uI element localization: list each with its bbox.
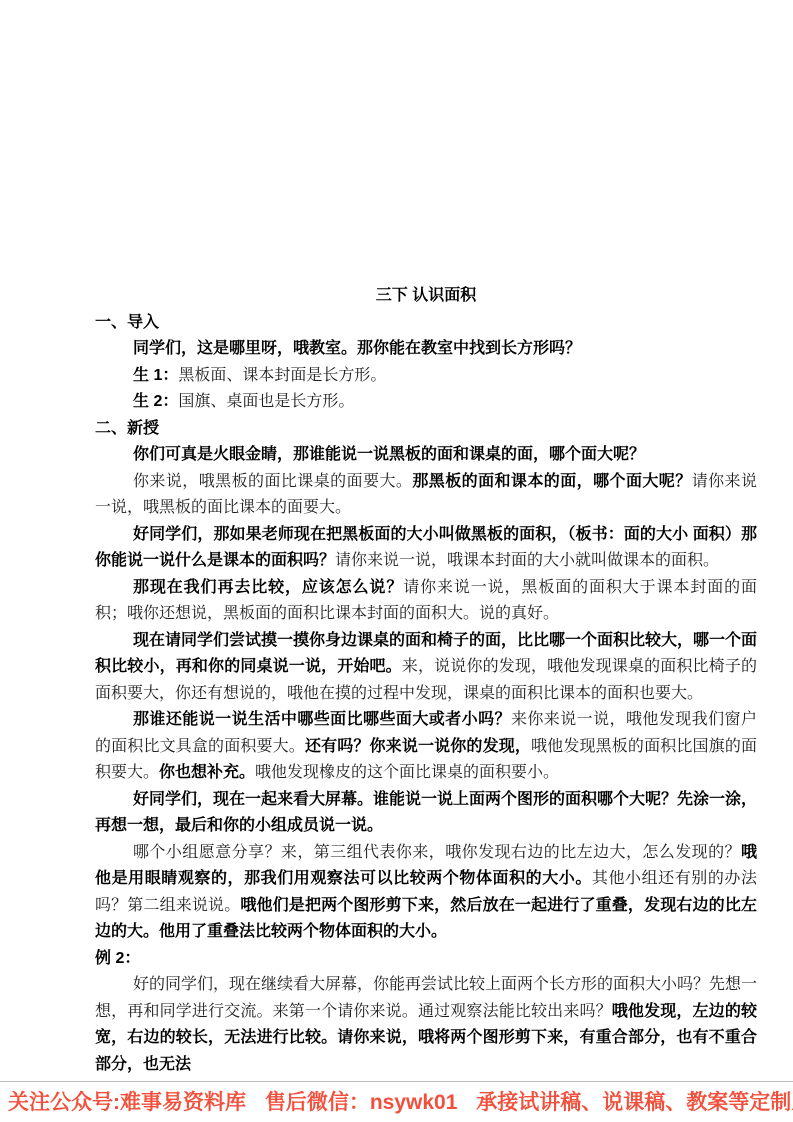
paragraph: 生 1：黑板面、课本封面是长方形。 [95, 363, 757, 390]
student-response-run: 哦他发现橡皮的这个面比课桌的面积要小。 [255, 764, 559, 781]
student-response-run: 黑板面、课本封面是长方形。 [178, 367, 386, 384]
teacher-speech-run: 生 1： [133, 367, 178, 384]
teacher-speech-run: 还有吗？你来说一说你的发现， [305, 738, 531, 755]
document-page: 三下 认识面积 一、导入同学们，这是哪里呀，哦教室。那你能在教室中找到长方形吗？… [0, 0, 793, 1122]
paragraph: 好同学们，现在一起来看大屏幕。谁能说一说上面两个图形的面积哪个大呢？先涂一涂，再… [95, 787, 757, 840]
student-response-run: 国旗、桌面也是长方形。 [178, 393, 354, 410]
student-response-run: 你来说，哦黑板的面比课桌的面要大。 [133, 473, 412, 490]
teacher-speech-run: 例 2： [95, 950, 140, 967]
teacher-speech-run: 那现在我们再去比较，应该怎么说？ [133, 579, 403, 596]
teacher-speech-run: 你们可真是火眼金睛，那谁能说一说黑板的面和课桌的面，哪个面大呢？ [133, 446, 645, 463]
paragraph-list: 一、导入同学们，这是哪里呀，哦教室。那你能在教室中找到长方形吗？生 1：黑板面、… [95, 310, 757, 1079]
document-content: 三下 认识面积 一、导入同学们，这是哪里呀，哦教室。那你能在教室中找到长方形吗？… [95, 283, 757, 1078]
paragraph: 那谁还能说一说生活中哪些面比哪些面大或者小吗？来你来说一说，哦他发现我们窗户的面… [95, 707, 757, 787]
teacher-speech-run: 同学们，这是哪里呀，哦教室。那你能在教室中找到长方形吗？ [133, 340, 581, 357]
teacher-speech-run: 二、新授 [95, 420, 159, 437]
teacher-speech-run: 一、导入 [95, 314, 159, 331]
section-heading: 一、导入 [95, 310, 757, 337]
paragraph: 哪个小组愿意分享？来，第三组代表你来，哦你发现右边的比左边大，怎么发现的？哦他是… [95, 840, 757, 946]
paragraph: 你们可真是火眼金睛，那谁能说一说黑板的面和课桌的面，哪个面大呢？ [95, 442, 757, 469]
footer-services: 承接试讲稿、说课稿、教案等定制业务 [476, 1091, 793, 1114]
teacher-speech-run: 好同学们，现在一起来看大屏幕。谁能说一说上面两个图形的面积哪个大呢？先涂一涂，再… [95, 791, 757, 835]
paragraph: 好同学们，那如果老师现在把黑板面的大小叫做黑板的面积，（板书：面的大小 面积）那… [95, 522, 757, 575]
paragraph: 同学们，这是哪里呀，哦教室。那你能在教室中找到长方形吗？ [95, 336, 757, 363]
footer-wechat-official-account: 关注公众号:难事易资料库 [8, 1091, 246, 1114]
footer-after-sales-wechat: 售后微信：nsywk01 [265, 1091, 458, 1114]
paragraph: 生 2：国旗、桌面也是长方形。 [95, 389, 757, 416]
student-response-run: 请你来说一说，哦课本封面的大小就叫做课本的面积。 [335, 552, 719, 569]
paragraph: 你来说，哦黑板的面比课桌的面要大。那黑板的面和课本的面，哪个面大呢？请你来说一说… [95, 469, 757, 522]
paragraph: 现在请同学们尝试摸一摸你身边课桌的面和椅子的面，比比哪一个面积比较大，哪一个面积… [95, 628, 757, 708]
teacher-speech-run: 生 2： [133, 393, 178, 410]
paragraph: 好的同学们，现在继续看大屏幕，你能再尝试比较上面两个长方形的面积大小吗？先想一想… [95, 972, 757, 1078]
teacher-speech-run: 那黑板的面和课本的面，哪个面大呢？ [412, 473, 691, 490]
student-response-run: 哪个小组愿意分享？来，第三组代表你来，哦你发现右边的比左边大，怎么发现的？ [133, 844, 741, 861]
document-title: 三下 认识面积 [95, 283, 757, 310]
paragraph: 那现在我们再去比较，应该怎么说？请你来说一说，黑板面的面积大于课本封面的面积；哦… [95, 575, 757, 628]
footer-divider [0, 1081, 793, 1082]
teacher-speech-run: 那谁还能说一说生活中哪些面比哪些面大或者小吗？ [133, 711, 511, 728]
promo-footer: 关注公众号:难事易资料库 售后微信：nsywk01 承接试讲稿、说课稿、教案等定… [8, 1090, 793, 1116]
section-heading: 例 2： [95, 946, 757, 973]
teacher-speech-run: 你也想补充。 [159, 764, 255, 781]
section-heading: 二、新授 [95, 416, 757, 443]
